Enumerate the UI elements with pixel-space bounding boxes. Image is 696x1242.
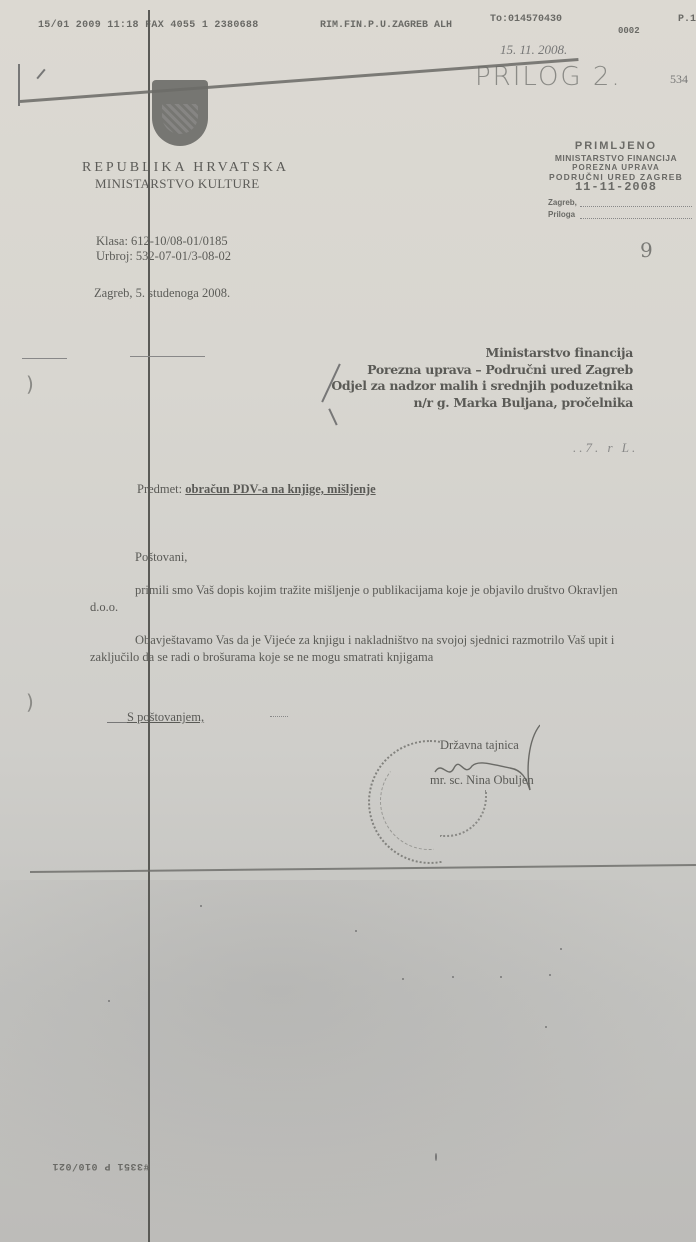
recipient-line: Porezna uprava – Područni ured Zagreb <box>331 362 633 379</box>
fax-header-sender: RIM.FIN.P.U.ZAGREB ALH <box>320 20 452 31</box>
hole-punch-mark-icon: ) <box>26 372 34 396</box>
scan-speck <box>108 1000 110 1002</box>
margin-dash <box>130 356 205 357</box>
dotted-mark <box>270 715 288 717</box>
body-paragraph: Obavještavamo Vas da je Vijeće za knjigu… <box>90 632 640 666</box>
check-mark-stroke <box>36 69 45 79</box>
stamp-prilog-label: Priloga <box>548 210 575 219</box>
body-paragraph: primili smo Vaš dopis kojim tražite mišl… <box>90 582 640 616</box>
scan-speck <box>452 976 454 978</box>
pen-stroke <box>328 409 337 426</box>
stamp-dotted-line <box>580 206 692 207</box>
letter-date: Zagreb, 5. studenoga 2008. <box>94 286 230 301</box>
margin-dash <box>22 358 67 359</box>
closing-underline <box>107 722 127 723</box>
scan-speck <box>402 978 404 980</box>
subject-line: Predmet: obračun PDV-a na knjige, mišlje… <box>137 482 376 497</box>
scan-speck <box>549 974 551 976</box>
fax-footer-reversed: #3351 P 010/021 <box>52 1160 150 1171</box>
scan-speck <box>355 930 357 932</box>
fax-header-recipient: To:014570430 <box>490 14 562 25</box>
attachment-number: 534 <box>670 72 688 87</box>
stamp-line-2: POREZNA UPRAVA <box>536 163 696 172</box>
fax-header-page: P.1 <box>678 14 696 25</box>
recipient-line: Ministarstvo financija <box>331 345 633 362</box>
scan-speck <box>435 1153 437 1161</box>
letterhead-ministry: MINISTARSTVO KULTURE <box>95 176 259 192</box>
letterhead-country: REPUBLIKA HRVATSKA <box>82 160 289 176</box>
stamp-date: 11-11-2008 <box>536 180 696 194</box>
received-stamp: PRIMLJENO MINISTARSTVO FINANCIJA POREZNA… <box>536 140 696 194</box>
scanned-document-page: 15/01 2009 11:18 FAX 4055 1 2380688 RIM.… <box>0 0 696 1242</box>
subject-label: Predmet: <box>137 482 182 496</box>
reference-urbroj: Urbroj: 532-07-01/3-08-02 <box>96 249 231 264</box>
scan-speck <box>500 976 502 978</box>
scan-speck <box>545 1026 547 1028</box>
check-mark-icon <box>18 64 20 106</box>
signatory-title: Državna tajnica <box>440 738 519 753</box>
signatory-name: mr. sc. Nina Obuljen <box>430 773 534 788</box>
handwritten-scribble: ..7. r L. <box>573 440 638 456</box>
scan-speck <box>560 948 562 950</box>
margin-mark: 9 <box>640 238 653 262</box>
stamp-title: PRIMLJENO <box>536 140 696 152</box>
fax-header-number: 0002 <box>618 26 640 36</box>
coat-of-arms-icon <box>152 80 208 146</box>
stamp-dotted-line <box>580 218 692 219</box>
scan-vertical-line <box>148 10 150 1242</box>
recipient-address: Ministarstvo financija Porezna uprava – … <box>331 345 633 411</box>
stamp-zagreb-label: Zagreb, <box>548 198 577 207</box>
handwritten-date: 15. 11. 2008. <box>500 42 567 58</box>
recipient-line: Odjel za nadzor malih i srednjih poduzet… <box>331 378 633 395</box>
recipient-line: n/r g. Marka Buljana, pročelnika <box>331 395 633 412</box>
subject-value: obračun PDV-a na knjige, mišljenje <box>185 482 375 496</box>
hole-punch-mark-icon: ) <box>26 690 34 714</box>
stamp-line-1: MINISTARSTVO FINANCIJA <box>536 153 696 163</box>
scan-speck <box>200 905 202 907</box>
salutation: Poštovani, <box>135 550 187 565</box>
handwritten-signature-icon <box>430 720 540 800</box>
reference-klasa: Klasa: 612-10/08-01/0185 <box>96 234 228 249</box>
paper-shadow <box>0 880 696 1242</box>
scan-horizontal-line <box>30 864 696 873</box>
closing: S poštovanjem, <box>127 710 204 725</box>
